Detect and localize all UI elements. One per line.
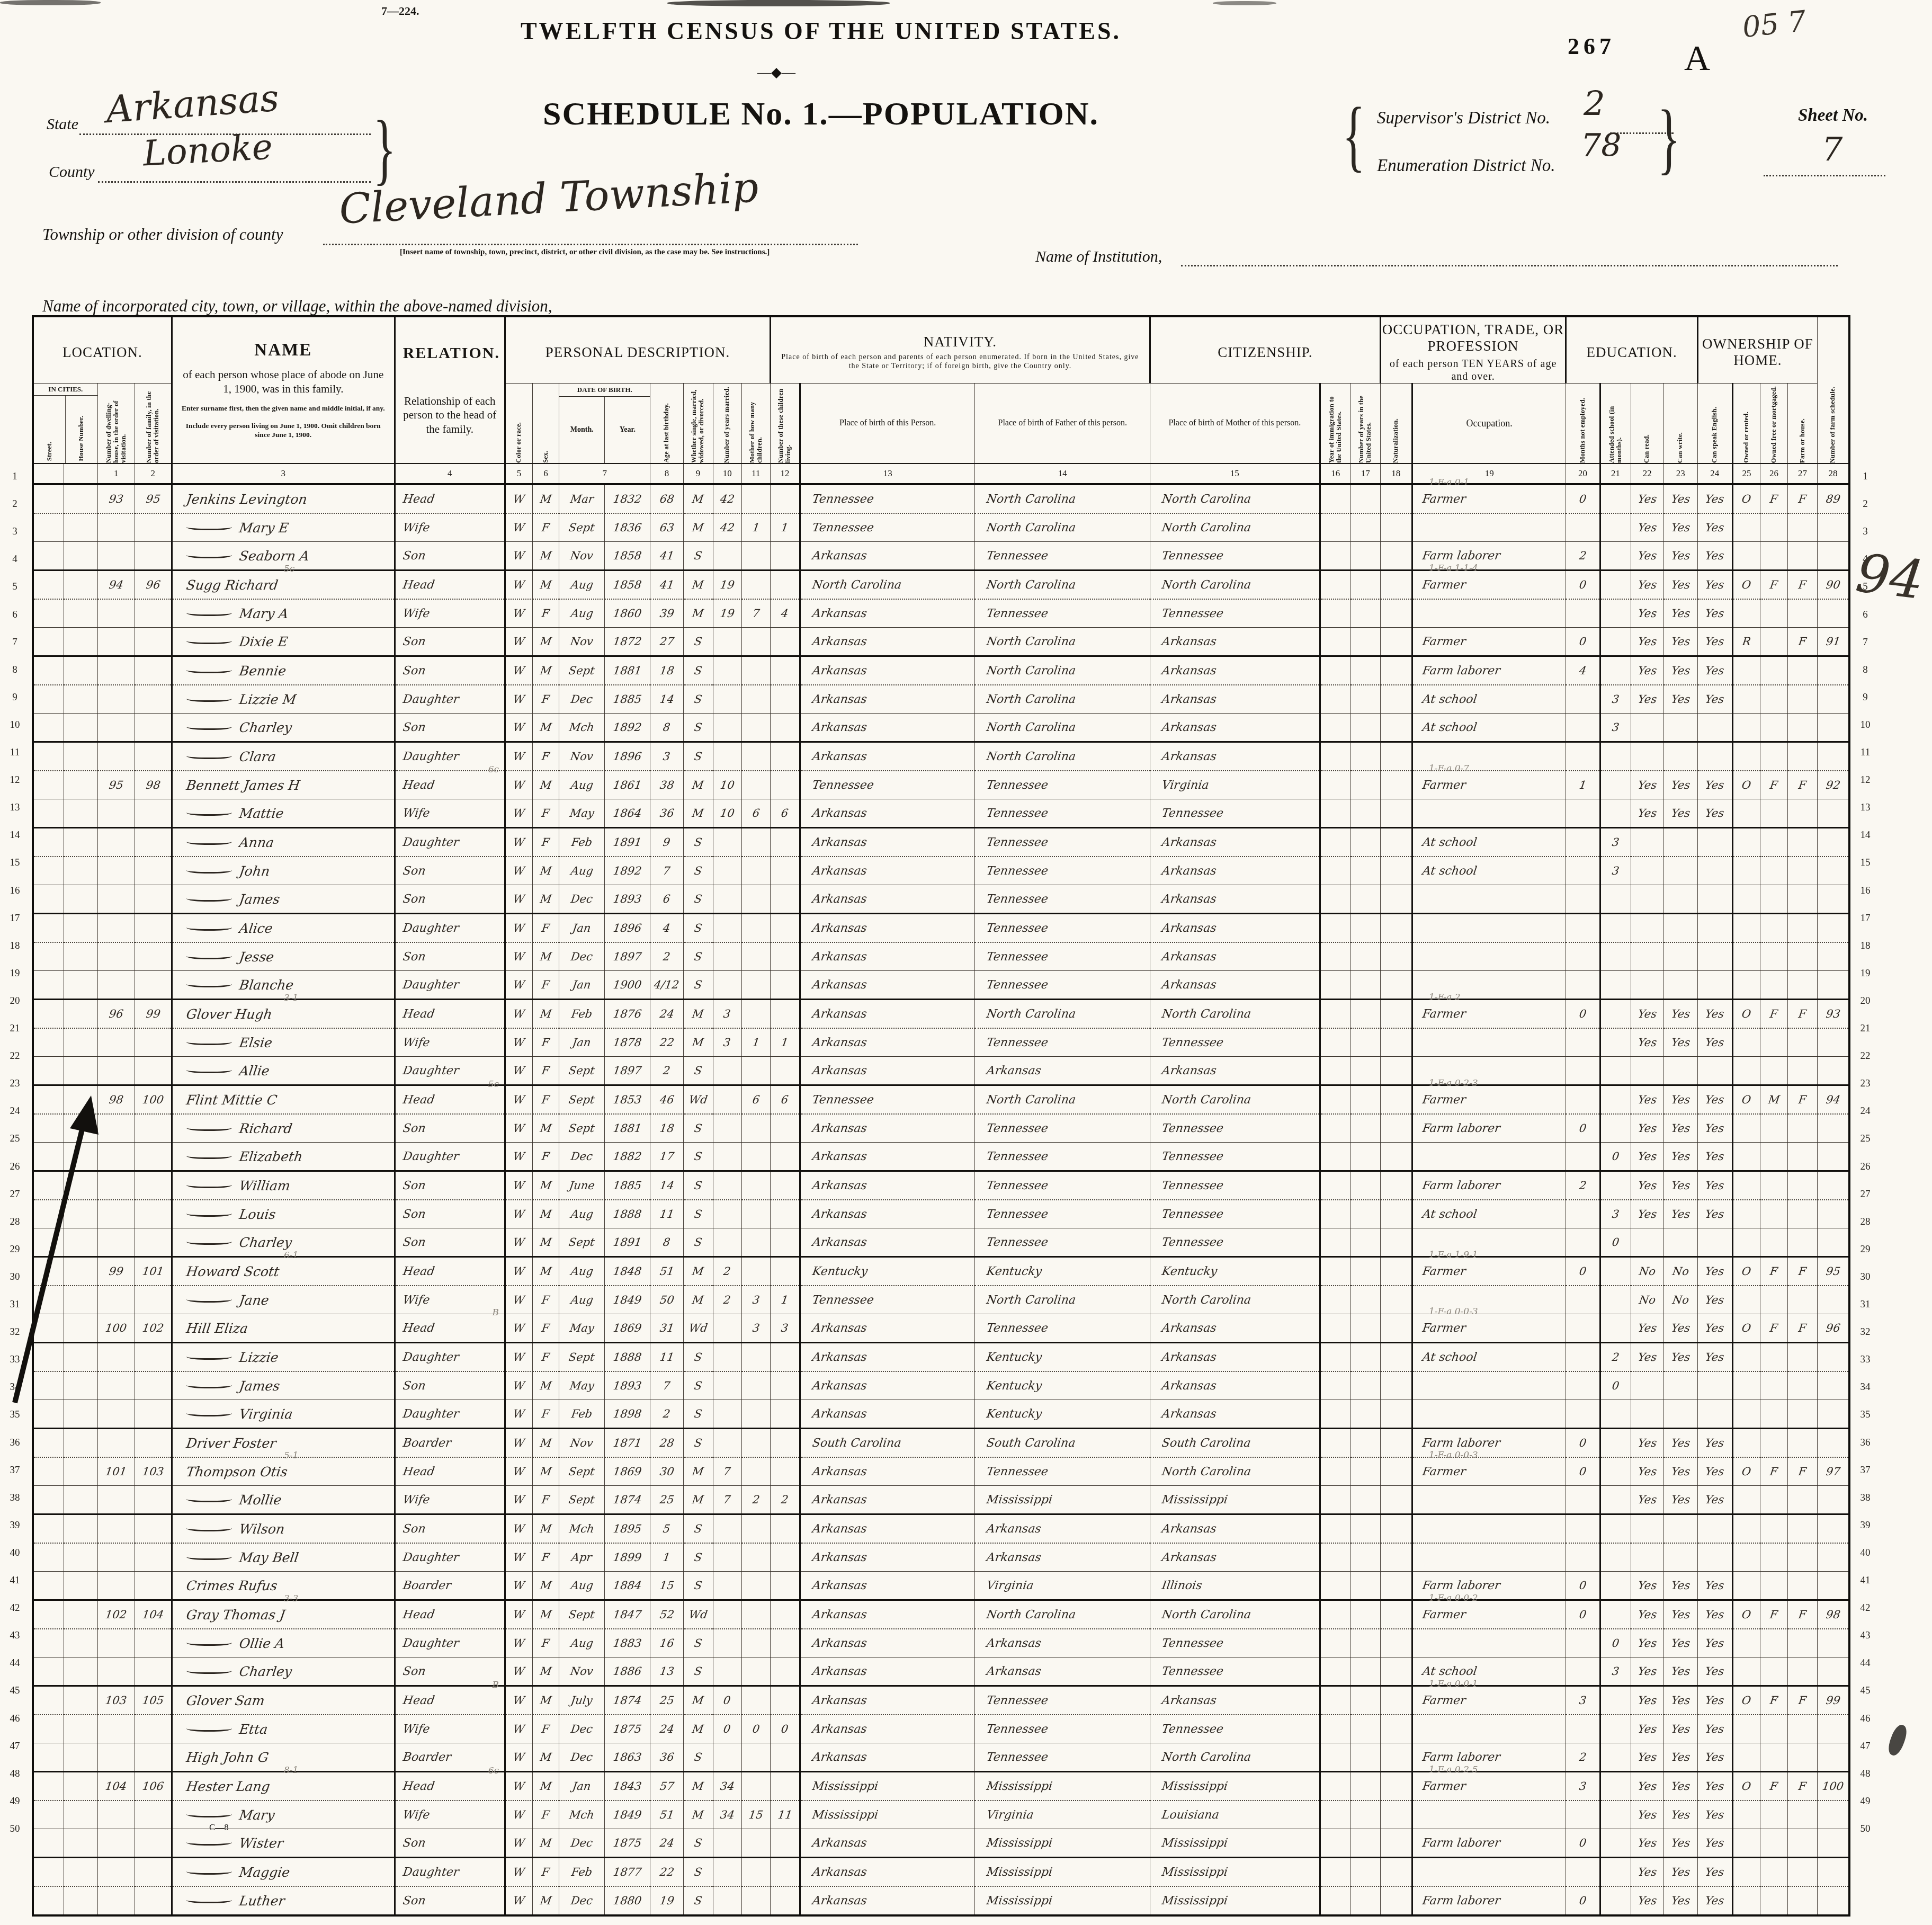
cell-name: Clara bbox=[172, 742, 395, 771]
cell-years_married: 7 bbox=[713, 1486, 741, 1514]
cell-year: 1869 bbox=[605, 1457, 650, 1486]
sex-value: M bbox=[539, 1894, 552, 1907]
cell-occupation bbox=[1412, 1543, 1566, 1572]
cell-street bbox=[33, 628, 64, 656]
can-write-header: Can write. bbox=[1663, 384, 1697, 464]
cell-pob: Arkansas bbox=[800, 971, 975, 1000]
write-value: Yes bbox=[1670, 807, 1691, 819]
person-name: Mollie bbox=[238, 1492, 283, 1508]
cell-english: Yes bbox=[1697, 1801, 1732, 1829]
cell-color: W bbox=[505, 1457, 533, 1486]
person-name: Louis bbox=[238, 1207, 277, 1222]
cell-write: Yes bbox=[1663, 1314, 1697, 1343]
cell-immigration bbox=[1320, 1000, 1350, 1029]
cell-occupation: 1-F-a 0-0-3Farmer bbox=[1412, 1314, 1566, 1343]
cell-month: May bbox=[559, 1314, 605, 1343]
occupation-value: Farmer bbox=[1421, 1694, 1466, 1707]
color-value: W bbox=[513, 750, 526, 763]
cell-pob_father: North Carolina bbox=[975, 1600, 1150, 1629]
cell-children_living: 6 bbox=[770, 1085, 800, 1115]
relation-value: Son bbox=[402, 950, 426, 964]
cell-age: 22 bbox=[650, 1028, 683, 1057]
marital-value: M bbox=[692, 493, 705, 505]
township-value: Cleveland Township bbox=[338, 164, 759, 233]
cell-month: Nov bbox=[559, 628, 605, 656]
year-value: 1877 bbox=[612, 1866, 642, 1878]
cell-relation: Head bbox=[395, 1600, 505, 1629]
cell-schedule: 100 bbox=[1818, 1772, 1849, 1801]
cell-immigration bbox=[1320, 1743, 1350, 1772]
cell-family bbox=[135, 857, 172, 885]
marital-value: M bbox=[692, 578, 705, 591]
relation-value: Daughter bbox=[402, 1351, 460, 1364]
color-value: W bbox=[513, 1437, 526, 1449]
year-value: 1884 bbox=[612, 1579, 642, 1592]
cell-pob_mother: Mississippi bbox=[1150, 1829, 1320, 1858]
cell-pob: Arkansas bbox=[800, 1600, 975, 1629]
cell-mother_of bbox=[741, 942, 770, 971]
read-value: Yes bbox=[1637, 1465, 1658, 1478]
cell-owned bbox=[1732, 1057, 1760, 1085]
pob_mother-value: Louisiana bbox=[1161, 1808, 1220, 1822]
occupation-value: Farm laborer bbox=[1421, 1837, 1501, 1850]
cell-color: W bbox=[505, 1772, 533, 1801]
pob_mother-value: Tennessee bbox=[1161, 1723, 1224, 1736]
cell-naturalization bbox=[1380, 599, 1412, 628]
pob-value: Arkansas bbox=[811, 1694, 867, 1707]
cell-years_married: 19 bbox=[713, 599, 741, 628]
cell-house bbox=[64, 1715, 97, 1743]
cell-years_us bbox=[1350, 656, 1380, 685]
cell-relation: Son bbox=[395, 1228, 505, 1257]
cell-mortgage bbox=[1760, 1572, 1787, 1600]
pob_mother-value: South Carolina bbox=[1161, 1437, 1251, 1450]
cell-pob: Arkansas bbox=[800, 1228, 975, 1257]
cell-children_living: 1 bbox=[770, 1028, 800, 1057]
cell-marital: S bbox=[683, 828, 713, 857]
ditto-dash bbox=[186, 979, 232, 987]
cell-family bbox=[135, 1743, 172, 1772]
cell-year: 1895 bbox=[605, 1514, 650, 1544]
line-number-right: 31 bbox=[1855, 1299, 1876, 1311]
sex-value: M bbox=[539, 1522, 552, 1535]
cell-year: 1880 bbox=[605, 1886, 650, 1915]
english-value: Yes bbox=[1705, 521, 1725, 534]
cell-occupation: Farm laborer bbox=[1412, 656, 1566, 685]
table-row: EttaWifeWFDec187524M000ArkansasTennessee… bbox=[33, 1715, 1849, 1743]
cell-farm bbox=[1788, 1057, 1818, 1085]
cell-mother_of bbox=[741, 1200, 770, 1228]
cell-family bbox=[135, 1657, 172, 1686]
cell-schedule: 90 bbox=[1818, 571, 1849, 600]
age-value: 2 bbox=[663, 1407, 672, 1420]
sex-value: M bbox=[539, 1608, 552, 1621]
cell-relation: Son bbox=[395, 656, 505, 685]
cell-dwelling bbox=[97, 1486, 135, 1514]
cell-marital: M bbox=[683, 1772, 713, 1801]
cell-mortgage bbox=[1760, 1829, 1787, 1858]
cell-color: W bbox=[505, 1371, 533, 1400]
cell-schedule: 98 bbox=[1818, 1600, 1849, 1629]
pob_mother-value: Arkansas bbox=[1161, 1694, 1217, 1707]
cell-naturalization bbox=[1380, 1085, 1412, 1115]
read-value: Yes bbox=[1637, 1579, 1658, 1592]
ditto-dash bbox=[186, 894, 232, 902]
cell-month: Nov bbox=[559, 542, 605, 571]
cell-occupation bbox=[1412, 885, 1566, 914]
cell-mortgage bbox=[1760, 513, 1787, 542]
person-name: Virginia bbox=[238, 1406, 294, 1422]
owned-value: O bbox=[1741, 779, 1752, 791]
cell-month: Aug bbox=[559, 1629, 605, 1657]
column-numbers-row: 1 2 3 4 5 6 7 8 9 10 11 12 13 14 15 16 1… bbox=[33, 464, 1849, 484]
cell-sex: M bbox=[533, 571, 559, 600]
read-value: Yes bbox=[1637, 807, 1658, 819]
year-value: 1874 bbox=[612, 1694, 642, 1707]
cell-name: Etta bbox=[172, 1715, 395, 1743]
cell-owned bbox=[1732, 1829, 1760, 1858]
cell-relation: Son bbox=[395, 1114, 505, 1143]
cell-read bbox=[1631, 1514, 1663, 1544]
cell-owned bbox=[1732, 1114, 1760, 1143]
pob-value: Arkansas bbox=[811, 750, 867, 763]
cell-occupation: 1-F-a 1-1-4Farmer bbox=[1412, 571, 1566, 600]
read-value: Yes bbox=[1637, 1150, 1658, 1163]
cell-family: 99 bbox=[135, 1000, 172, 1029]
cell-pob_mother: North Carolina bbox=[1150, 571, 1320, 600]
line-number-right: 42 bbox=[1855, 1602, 1876, 1614]
cell-pob_father: Tennessee bbox=[975, 1028, 1150, 1057]
city-label: Name of incorporated city, town, or vill… bbox=[42, 297, 552, 316]
cell-pob: Arkansas bbox=[800, 1114, 975, 1143]
read-value: Yes bbox=[1637, 1808, 1658, 1821]
english-value: Yes bbox=[1705, 1465, 1725, 1478]
year-value: 1895 bbox=[612, 1522, 642, 1535]
cell-write: No bbox=[1663, 1286, 1697, 1314]
pob_father-value: Tennessee bbox=[986, 836, 1049, 849]
cell-read: Yes bbox=[1631, 1486, 1663, 1514]
cell-years_married bbox=[713, 1400, 741, 1429]
cell-year: 1874 bbox=[605, 1686, 650, 1715]
cell-color: W bbox=[505, 799, 533, 828]
cell-english bbox=[1697, 885, 1732, 914]
cell-read: Yes bbox=[1631, 1314, 1663, 1343]
cell-pob_father: North Carolina bbox=[975, 628, 1150, 656]
cell-dwelling bbox=[97, 1886, 135, 1915]
pob-value: Arkansas bbox=[811, 1150, 867, 1163]
year-value: 1849 bbox=[612, 1808, 642, 1821]
cell-sex: M bbox=[533, 1772, 559, 1801]
owned-value: R bbox=[1741, 635, 1751, 648]
farm-schedule-header: Number of farm schedule. bbox=[1818, 384, 1849, 464]
cell-years_us bbox=[1350, 1400, 1380, 1429]
pencil-note: 1-F-a 1-9-1 bbox=[1429, 1250, 1478, 1260]
cell-years_married: 0 bbox=[713, 1715, 741, 1743]
cell-age: 28 bbox=[650, 1429, 683, 1458]
month-value: Mar bbox=[569, 493, 594, 505]
cell-english: Yes bbox=[1697, 685, 1732, 714]
cell-sex: M bbox=[533, 885, 559, 914]
color-value: W bbox=[513, 1894, 526, 1907]
cell-children_living bbox=[770, 1371, 800, 1400]
year-value: 1832 bbox=[612, 493, 642, 505]
cell-relation: Son bbox=[395, 942, 505, 971]
cell-school bbox=[1600, 1257, 1631, 1286]
cell-marital: S bbox=[683, 1400, 713, 1429]
cell-occupation bbox=[1412, 1858, 1566, 1887]
line-number-left: 50 bbox=[4, 1823, 25, 1835]
write-value: Yes bbox=[1670, 1351, 1691, 1363]
cell-schedule bbox=[1818, 885, 1849, 914]
cell-pob_father: Tennessee bbox=[975, 1686, 1150, 1715]
pencil-note: 6c bbox=[488, 764, 499, 775]
cell-school bbox=[1600, 1171, 1631, 1200]
cell-marital: M bbox=[683, 1486, 713, 1514]
cell-street bbox=[33, 857, 64, 885]
cell-children_living bbox=[770, 1772, 800, 1801]
cell-pob_father: Tennessee bbox=[975, 1200, 1150, 1228]
cell-write: Yes bbox=[1663, 1028, 1697, 1057]
cell-naturalization bbox=[1380, 1629, 1412, 1657]
cell-children_living bbox=[770, 742, 800, 771]
cell-children_living bbox=[770, 656, 800, 685]
line-number-left: 15 bbox=[4, 857, 25, 869]
ditto-dash bbox=[186, 1494, 232, 1502]
cell-marital: S bbox=[683, 1171, 713, 1200]
relation-value: Son bbox=[402, 1208, 426, 1221]
cell-write bbox=[1663, 857, 1697, 885]
cell-name: May Bell bbox=[172, 1543, 395, 1572]
pob-value: Tennessee bbox=[811, 779, 874, 792]
cell-year: 1875 bbox=[605, 1715, 650, 1743]
cell-street bbox=[33, 1572, 64, 1600]
line-number-right: 30 bbox=[1855, 1271, 1876, 1283]
cell-english: Yes bbox=[1697, 542, 1732, 571]
color-value: W bbox=[513, 1064, 526, 1077]
cell-naturalization bbox=[1380, 742, 1412, 771]
marital-value: M bbox=[692, 1465, 705, 1478]
ditto-dash bbox=[186, 1895, 232, 1903]
cell-dwelling bbox=[97, 742, 135, 771]
cell-occupation: Farm laborer bbox=[1412, 1114, 1566, 1143]
cell-english bbox=[1697, 1371, 1732, 1400]
cell-months_ne bbox=[1566, 599, 1600, 628]
cell-english: Yes bbox=[1697, 771, 1732, 799]
cell-immigration bbox=[1320, 628, 1350, 656]
cell-years_married bbox=[713, 742, 741, 771]
cell-farm bbox=[1788, 1743, 1818, 1772]
month-value: Jan bbox=[572, 922, 592, 934]
pob_father-value: Arkansas bbox=[986, 1522, 1042, 1536]
cell-naturalization bbox=[1380, 1143, 1412, 1171]
relation-value: Wife bbox=[402, 1493, 431, 1507]
pob_father-value: Tennessee bbox=[986, 893, 1049, 906]
cell-naturalization bbox=[1380, 885, 1412, 914]
cell-family bbox=[135, 685, 172, 714]
cell-street bbox=[33, 828, 64, 857]
cell-year: 1893 bbox=[605, 1371, 650, 1400]
cell-sex: F bbox=[533, 1343, 559, 1372]
table-row: Driver FosterBoarderWMNov187128SSouth Ca… bbox=[33, 1429, 1849, 1458]
cell-schedule: 92 bbox=[1818, 771, 1849, 799]
cell-children_living bbox=[770, 1400, 800, 1429]
line-number-right: 12 bbox=[1855, 774, 1876, 786]
cell-pob_father: North Carolina bbox=[975, 1085, 1150, 1115]
dwelling-value: 103 bbox=[105, 1694, 128, 1707]
cell-age: 25 bbox=[650, 1486, 683, 1514]
cell-write: Yes bbox=[1663, 1858, 1697, 1887]
mortgage-value: F bbox=[1769, 1322, 1779, 1334]
cell-marital: S bbox=[683, 1371, 713, 1400]
month-value: Jan bbox=[572, 1780, 592, 1793]
dwelling-value: 102 bbox=[105, 1608, 128, 1621]
cell-schedule bbox=[1818, 1114, 1849, 1143]
marital-value: S bbox=[693, 1637, 703, 1650]
cell-years_us bbox=[1350, 1486, 1380, 1514]
pob_mother-value: Arkansas bbox=[1161, 1379, 1217, 1393]
cell-name: Charley bbox=[172, 714, 395, 742]
cell-color: W bbox=[505, 1200, 533, 1228]
cell-children_living bbox=[770, 1629, 800, 1657]
occupation-value: At school bbox=[1421, 865, 1478, 878]
cell-occupation bbox=[1412, 1400, 1566, 1429]
table-row: JamesSonWMMay18937SArkansasKentuckyArkan… bbox=[33, 1371, 1849, 1400]
pob-value: Arkansas bbox=[811, 1866, 867, 1879]
pob_mother-value: Arkansas bbox=[1161, 1407, 1217, 1421]
cell-farm bbox=[1788, 1400, 1818, 1429]
cell-children_living: 1 bbox=[770, 1286, 800, 1314]
cell-age: 8 bbox=[650, 714, 683, 742]
cell-pob_father: Tennessee bbox=[975, 1314, 1150, 1343]
pob_father-value: North Carolina bbox=[986, 493, 1077, 506]
month-value: Dec bbox=[570, 1723, 594, 1735]
month-value: Aug bbox=[570, 1208, 594, 1220]
cell-pob_father: Tennessee bbox=[975, 942, 1150, 971]
age-value: 38 bbox=[659, 779, 675, 791]
write-value: Yes bbox=[1670, 1179, 1691, 1192]
line-number-left: 3 bbox=[4, 526, 25, 538]
cell-write bbox=[1663, 1400, 1697, 1429]
population-schedule-table: LOCATION. NAME of each person whose plac… bbox=[32, 315, 1850, 1917]
farm-value: F bbox=[1798, 1608, 1808, 1621]
cell-year: 1858 bbox=[605, 542, 650, 571]
dwelling-value: 94 bbox=[108, 578, 124, 591]
person-name: Alice bbox=[238, 921, 274, 936]
relation-value: Wife bbox=[402, 607, 431, 620]
cell-year: 1893 bbox=[605, 885, 650, 914]
table-row: ElsieWifeWFJan187822M311ArkansasTennesse… bbox=[33, 1028, 1849, 1057]
cell-dwelling bbox=[97, 685, 135, 714]
sex-value: M bbox=[539, 1751, 552, 1763]
mortgage-value: F bbox=[1769, 1608, 1779, 1621]
table-row: 94965cSugg RichardHeadWMAug185841M19Nort… bbox=[33, 571, 1849, 600]
cell-schedule bbox=[1818, 1400, 1849, 1429]
cell-age: 14 bbox=[650, 1171, 683, 1200]
table-row: AllieDaughterWFSept18972SArkansasArkansa… bbox=[33, 1057, 1849, 1085]
cell-schedule bbox=[1818, 1028, 1849, 1057]
cell-sex: F bbox=[533, 1057, 559, 1085]
age-value: 4 bbox=[663, 922, 672, 934]
cell-immigration bbox=[1320, 599, 1350, 628]
relation-value: Daughter bbox=[402, 1407, 460, 1421]
year-value: 1869 bbox=[612, 1322, 642, 1334]
cell-occupation: At school bbox=[1412, 1343, 1566, 1372]
cell-mother_of: 7 bbox=[741, 599, 770, 628]
pob-mother-header: Place of birth of Mother of this person. bbox=[1150, 384, 1320, 464]
cell-farm bbox=[1788, 1486, 1818, 1514]
pencil-note: 1-F-a 0-0-3 bbox=[1429, 1450, 1478, 1460]
cell-age: 24 bbox=[650, 1829, 683, 1858]
farm-value: F bbox=[1798, 635, 1808, 648]
sex-value: M bbox=[539, 950, 552, 963]
cell-farm bbox=[1788, 1228, 1818, 1257]
table-row: VirginiaDaughterWFFeb18982SArkansasKentu… bbox=[33, 1400, 1849, 1429]
sex-value: M bbox=[539, 1465, 552, 1478]
cell-mortgage bbox=[1760, 828, 1787, 857]
cell-pob: North Carolina bbox=[800, 571, 975, 600]
write-value: Yes bbox=[1670, 1608, 1691, 1621]
cell-immigration bbox=[1320, 484, 1350, 513]
cell-pob_father: Mississippi bbox=[975, 1829, 1150, 1858]
cell-relation: Wife bbox=[395, 1486, 505, 1514]
mother_of-value: 2 bbox=[752, 1493, 761, 1506]
person-name: Elsie bbox=[238, 1035, 273, 1050]
read-value: Yes bbox=[1637, 1322, 1658, 1334]
cell-months_ne bbox=[1566, 828, 1600, 857]
cell-pob_mother: North Carolina bbox=[1150, 1743, 1320, 1772]
school-value: 3 bbox=[1611, 721, 1620, 734]
school-value: 0 bbox=[1611, 1637, 1620, 1650]
cell-mortgage bbox=[1760, 1514, 1787, 1544]
pob-value: North Carolina bbox=[811, 578, 902, 592]
cell-color: W bbox=[505, 1829, 533, 1858]
state-county-brace: } bbox=[373, 103, 396, 194]
year-header: Year. bbox=[604, 397, 650, 463]
months_ne-value: 0 bbox=[1578, 1579, 1587, 1592]
line-number-right: 14 bbox=[1855, 830, 1876, 841]
cell-dwelling bbox=[97, 1858, 135, 1887]
line-number-right: 32 bbox=[1855, 1326, 1876, 1338]
cell-owned bbox=[1732, 542, 1760, 571]
cell-owned bbox=[1732, 857, 1760, 885]
pob_father-value: Tennessee bbox=[986, 978, 1049, 992]
cell-mother_of bbox=[741, 1114, 770, 1143]
cell-school bbox=[1600, 1715, 1631, 1743]
cell-farm bbox=[1788, 1629, 1818, 1657]
pencil-note: 6-1 bbox=[284, 1250, 298, 1261]
age-value: 27 bbox=[659, 635, 675, 648]
pob_father-value: Arkansas bbox=[986, 1637, 1042, 1650]
cell-family: 96 bbox=[135, 571, 172, 600]
read-value: Yes bbox=[1637, 1036, 1658, 1049]
age-value: 36 bbox=[659, 1751, 675, 1763]
month-value: Aug bbox=[570, 1265, 594, 1278]
cell-farm bbox=[1788, 914, 1818, 943]
cell-read: Yes bbox=[1631, 571, 1663, 600]
cell-immigration bbox=[1320, 1171, 1350, 1200]
cell-pob: Tennessee bbox=[800, 1085, 975, 1115]
cell-pob_father: North Carolina bbox=[975, 685, 1150, 714]
cell-house bbox=[64, 799, 97, 828]
cell-year: 1898 bbox=[605, 1400, 650, 1429]
relation-value: Daughter bbox=[402, 750, 460, 763]
cell-school bbox=[1600, 1028, 1631, 1057]
table-row: MollieWifeWFSept187425M722ArkansasMissis… bbox=[33, 1486, 1849, 1514]
cell-farm bbox=[1788, 885, 1818, 914]
cell-marital: S bbox=[683, 857, 713, 885]
cell-pob_father: Tennessee bbox=[975, 599, 1150, 628]
cell-mortgage bbox=[1760, 628, 1787, 656]
